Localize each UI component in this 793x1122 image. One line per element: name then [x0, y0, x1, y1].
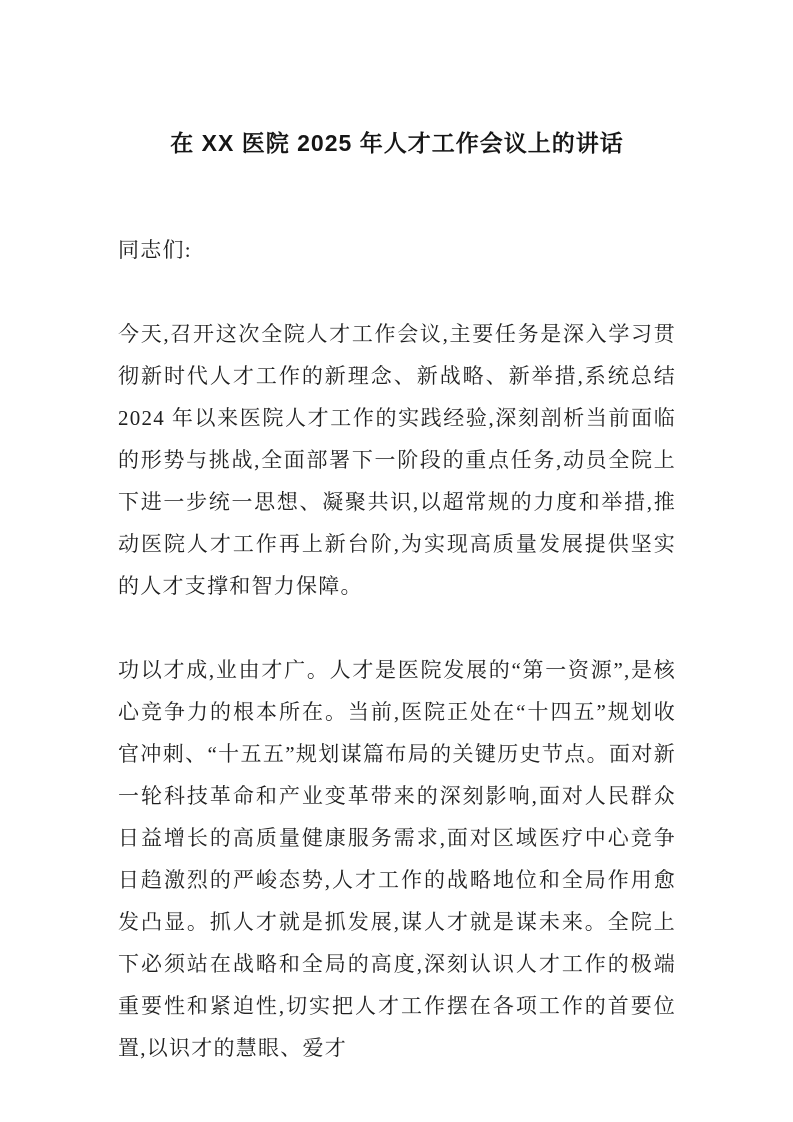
- paragraph-opening: 今天,召开这次全院人才工作会议,主要任务是深入学习贯彻新时代人才工作的新理念、新…: [118, 313, 676, 607]
- salutation: 同志们:: [118, 229, 676, 271]
- document-page: 在 XX 医院 2025 年人才工作会议上的讲话 同志们: 今天,召开这次全院人…: [0, 0, 793, 1122]
- paragraph-talent-importance: 功以才成,业由才广。人才是医院发展的“第一资源”,是核心竞争力的根本所在。当前,…: [118, 649, 676, 1069]
- document-title: 在 XX 医院 2025 年人才工作会议上的讲话: [118, 126, 676, 160]
